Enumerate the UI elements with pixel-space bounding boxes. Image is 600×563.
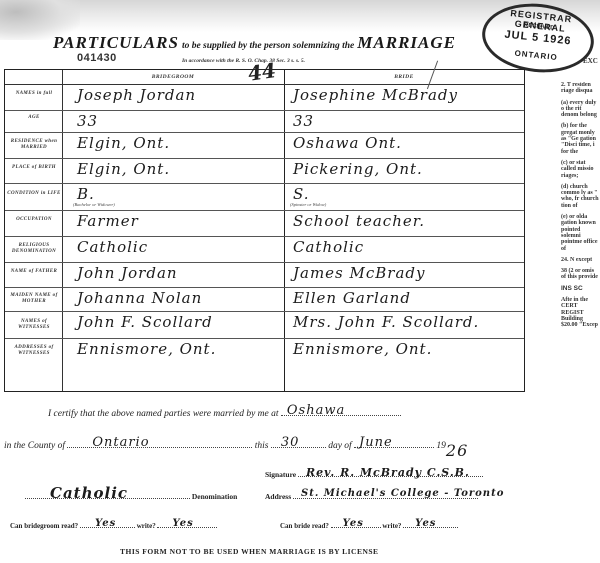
signature-field: Rev. R. McBrady C.S.B.: [298, 476, 483, 477]
row-label: OCCUPATION: [7, 217, 61, 223]
bride-read-value: Yes: [343, 518, 364, 529]
instruction-paragraph: INS SC: [561, 286, 600, 292]
row-divider: [5, 210, 524, 211]
row-divider: [5, 183, 524, 184]
county-line: in the County of Ontario this 30 day of …: [4, 441, 446, 451]
bride-read-field: Yes: [331, 527, 381, 528]
registration-mark: 44: [246, 58, 277, 86]
bride-write-value: Yes: [415, 518, 436, 529]
bride-value: Ellen Garland: [293, 289, 411, 307]
row-divider: [5, 262, 524, 263]
groom-value: John Jordan: [77, 264, 178, 282]
bride-value: Oshawa Ont.: [293, 134, 402, 152]
month-field: June: [354, 447, 434, 448]
stamp-suffix: EXC: [583, 57, 598, 65]
instruction-paragraph: (e) or olda gation known pointed solemni…: [561, 214, 600, 252]
row-divider: [5, 132, 524, 133]
row-divider: [5, 311, 524, 312]
instruction-paragraph: (d) church commo ly as " who, fr church …: [561, 184, 600, 209]
row-label: NAMES of WITNESSES: [7, 319, 61, 331]
row-label: AGE: [7, 115, 61, 121]
groom-value: Elgin, Ont.: [77, 160, 170, 178]
bride-hint: (Spinster or Widow): [290, 202, 326, 207]
serial-number: 041430: [77, 52, 117, 64]
row-label: MAIDEN NAME of MOTHER: [7, 293, 61, 305]
statute-reference: In accordance with the R. S. O. Chap. 38…: [182, 58, 305, 64]
month-value: June: [359, 435, 393, 450]
groom-value: Elgin, Ont.: [77, 134, 170, 152]
county-field: Ontario: [67, 447, 252, 448]
groom-read-field: Yes: [80, 527, 135, 528]
column-divider: [284, 70, 285, 391]
bride-value: Pickering, Ont.: [293, 160, 423, 178]
groom-literacy-line: Can bridegroom read? Yes write? Yes: [10, 522, 217, 530]
stamp-bottom: ONTARIO: [483, 45, 589, 65]
bride-value: Catholic: [293, 238, 364, 256]
certify-line: I certify that the above named parties w…: [48, 409, 401, 419]
form-title: PARTICULARSto be supplied by the person …: [53, 33, 456, 53]
row-divider: [5, 287, 524, 288]
signature-line: Signature Rev. R. McBrady C.S.B.: [265, 470, 483, 479]
row-label: NAMES in full: [7, 91, 61, 97]
bride-value: Josephine McBrady: [293, 86, 458, 104]
signature-value: Rev. R. McBrady C.S.B.: [306, 466, 470, 479]
groom-value: John F. Scollard: [77, 313, 213, 331]
row-label: NAME of FATHER: [7, 269, 61, 275]
marriage-particulars-table: BRIDEGROOM BRIDE NAMES in fullJoseph Jor…: [4, 69, 525, 392]
instruction-paragraph: (a) every duly o the rit denom belong: [561, 100, 600, 119]
header-divider: [5, 84, 524, 85]
bride-value: 33: [293, 112, 314, 130]
place-value: Oshawa: [287, 403, 345, 418]
groom-value: Joseph Jordan: [77, 86, 196, 104]
address-line: Address St. Michael's College - Toronto: [265, 492, 478, 501]
row-divider: [5, 236, 524, 237]
year-value: 26: [446, 441, 468, 460]
row-divider: [5, 158, 524, 159]
day-value: 30: [281, 435, 300, 450]
groom-hint: (Bachelor or Widower): [73, 202, 115, 207]
instruction-paragraph: (b) for the gregat monly as "Ge gation "…: [561, 123, 600, 154]
groom-value: Farmer: [77, 212, 139, 230]
groom-value: Johanna Nolan: [77, 289, 202, 307]
groom-value: Catholic: [77, 238, 148, 256]
place-field: Oshawa: [281, 415, 401, 416]
instruction-paragraph: (c) or stat called missio riages;: [561, 160, 600, 179]
bride-value: S.: [293, 185, 310, 203]
instruction-paragraph: Afte in the CERT REGIST Building $20.00 …: [561, 297, 600, 328]
instruction-paragraph: 2. T residen riage disqua: [561, 82, 600, 95]
side-instructions: 2. T residen riage disqua(a) every duly …: [561, 82, 600, 334]
bride-write-field: Yes: [403, 527, 458, 528]
bride-value: James McBrady: [293, 264, 426, 282]
bride-header: BRIDE: [284, 70, 524, 84]
groom-value: 33: [77, 112, 98, 130]
row-label: RELIGIOUS DENOMINATION: [7, 243, 61, 255]
row-divider: [5, 338, 524, 339]
address-value: St. Michael's College - Toronto: [301, 488, 504, 499]
row-label: CONDITION in LIFE: [7, 191, 61, 197]
groom-write-field: Yes: [157, 527, 217, 528]
groom-value: Ennismore, Ont.: [77, 340, 216, 358]
county-value: Ontario: [92, 435, 149, 450]
denomination-value: Catholic: [50, 484, 128, 502]
denomination-line: Catholic Denomination: [25, 492, 237, 501]
address-field: St. Michael's College - Toronto: [293, 498, 478, 499]
row-divider: [5, 110, 524, 111]
instruction-paragraph: 24. N except: [561, 257, 600, 263]
row-label: PLACE of BIRTH: [7, 165, 61, 171]
instruction-paragraph: 38 (2 or omis of this provide: [561, 268, 600, 281]
groom-write-value: Yes: [172, 518, 193, 529]
groom-read-value: Yes: [95, 518, 116, 529]
column-divider: [62, 70, 63, 391]
bride-value: Ennismore, Ont.: [293, 340, 432, 358]
row-label: ADDRESSES of WITNESSES: [7, 345, 61, 357]
groom-value: B.: [77, 185, 95, 203]
bride-literacy-line: Can bride read? Yes write? Yes: [280, 522, 458, 530]
day-field: 30: [271, 447, 326, 448]
form-footer-notice: THIS FORM NOT TO BE USED WHEN MARRIAGE I…: [120, 547, 379, 556]
row-label: RESIDENCE when MARRIED: [7, 139, 61, 151]
denomination-field: Catholic: [25, 498, 190, 499]
bride-value: Mrs. John F. Scollard.: [293, 313, 479, 331]
bride-value: School teacher.: [293, 212, 425, 230]
